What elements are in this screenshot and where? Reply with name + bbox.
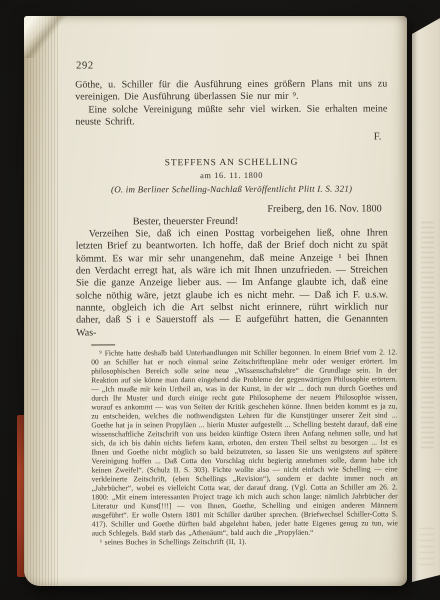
letter-heading: STEFFENS AN SCHELLING am 16. 11. 1800 (O… — [75, 158, 387, 195]
scanned-book-photo: 292 Göthe, u. Schiller für die Ausführun… — [0, 0, 440, 600]
footnote-block: ⁹ Fichte hatte deshalb bald Unterhandlun… — [91, 343, 398, 546]
facing-page-ghost-text-lower — [419, 523, 434, 565]
page-text-block: 292 Göthe, u. Schiller für die Ausführun… — [75, 59, 389, 546]
letter-fragment-paragraph-1: Göthe, u. Schiller für die Ausführung ei… — [75, 78, 387, 104]
letter-fragment-paragraph-2: Eine solche Vereinigung müßte sehr viel … — [75, 103, 387, 129]
page-edge-stack — [24, 16, 58, 586]
book-page: 292 Göthe, u. Schiller für die Ausführun… — [24, 16, 407, 586]
facing-page-ghost-text — [421, 218, 434, 448]
page-number: 292 — [76, 59, 387, 71]
page-corner-curl — [24, 16, 72, 58]
letter-heading-date: am 16. 11. 1800 — [76, 171, 388, 181]
letter-body: Verzeihen Sie, daß ich einen Posttag vor… — [76, 228, 388, 340]
letter-heading-title: STEFFENS AN SCHELLING — [75, 158, 387, 169]
footnote-9: ⁹ Fichte hatte deshalb bald Unterhandlun… — [91, 347, 398, 537]
facing-page-sliver — [412, 18, 440, 585]
letter-salutation: Bester, theuerster Freund! — [76, 216, 388, 228]
footnote-separator-rule — [91, 344, 115, 345]
letter-heading-source: (O. im Berliner Schelling-Nachlaß Veröff… — [76, 184, 388, 195]
footnote-1: ¹ seines Buches in Schellings Zeitschrif… — [92, 536, 398, 546]
letter-signature: F. — [75, 132, 387, 144]
letter-dateline: Freiberg, den 16. Nov. 1800 — [76, 204, 388, 216]
